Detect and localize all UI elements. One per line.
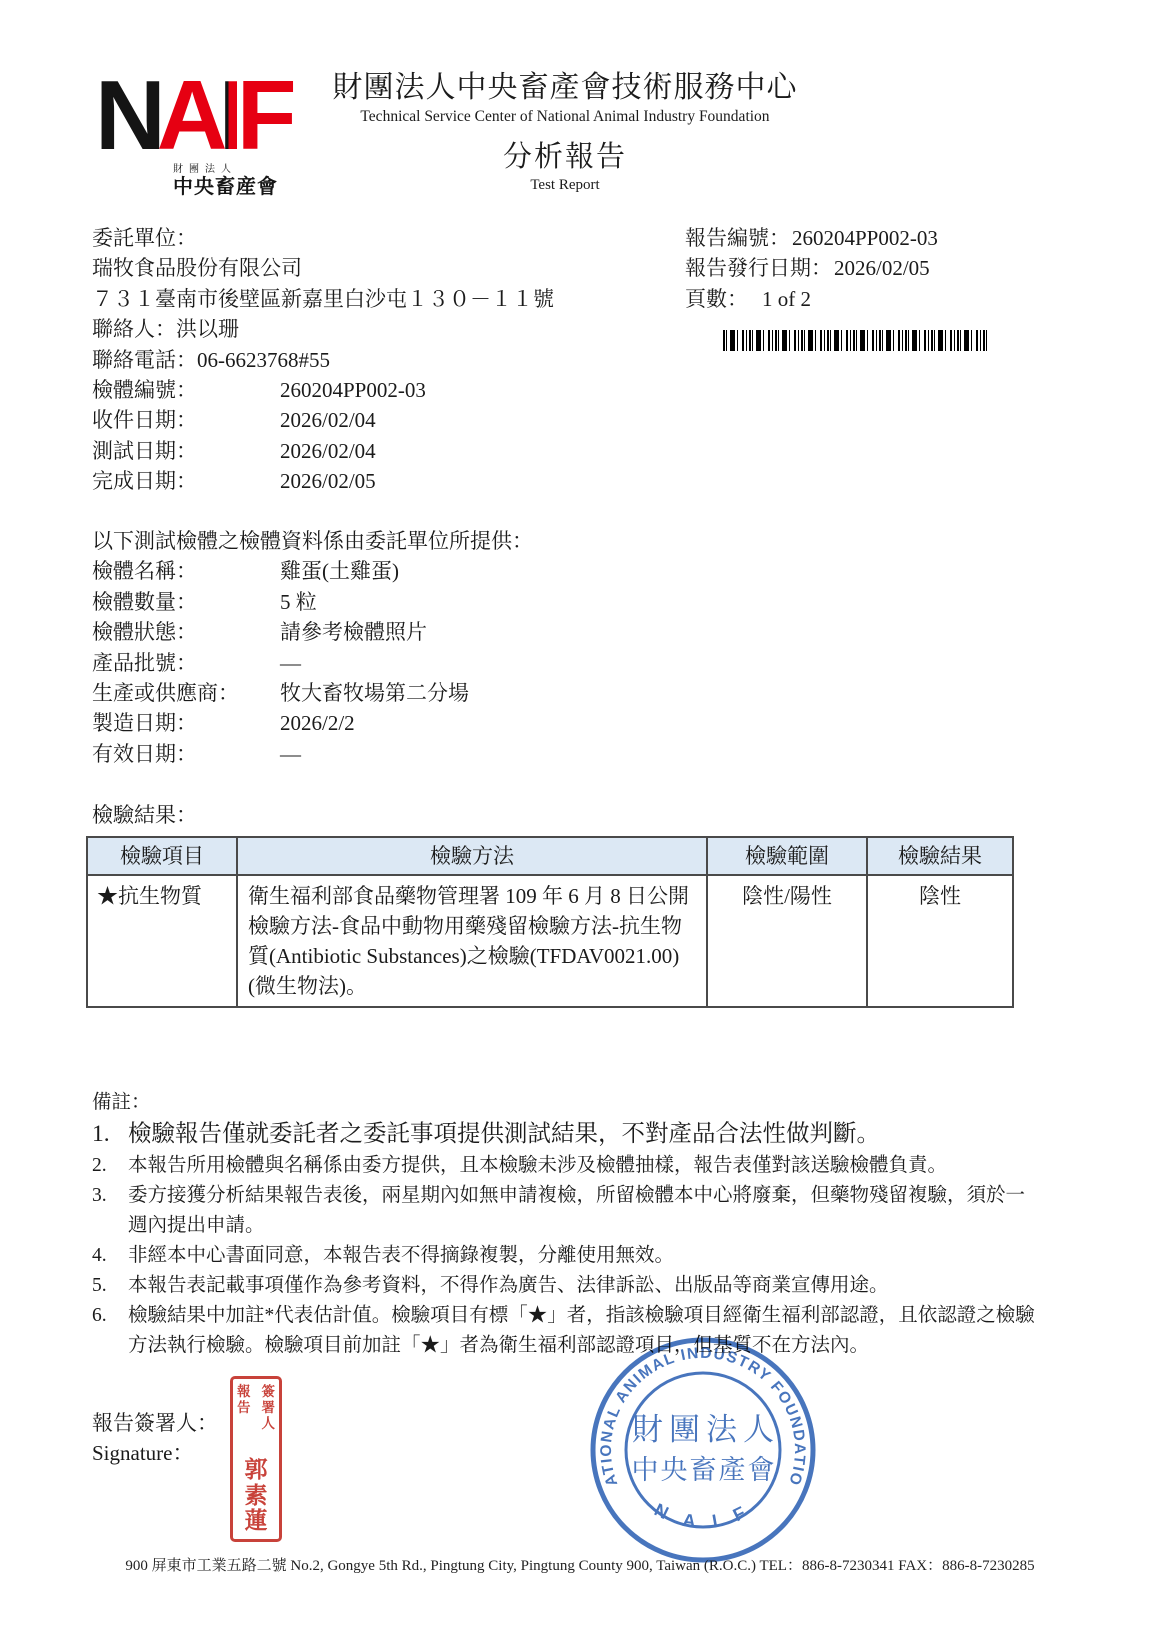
signer-label-en: Signature： bbox=[92, 1438, 218, 1468]
foundation-round-stamp: NATIONAL ANIMAL INDUSTRY FOUNDATION N A … bbox=[586, 1333, 820, 1567]
note-text: 委方接獲分析結果報告表後，兩星期內如無申請複檢，所留檢體本中心將廢棄，但藥物殘留… bbox=[128, 1181, 1044, 1241]
note-text: 檢驗報告僅就委託者之委託事項提供測試結果，不對產品合法性做判斷。 bbox=[128, 1118, 1044, 1151]
note-item-2: 2.本報告所用檢體與名稱係由委方提供，且本檢驗未涉及檢體抽樣，報告表僅對該送驗檢… bbox=[92, 1151, 1044, 1181]
stamp-ring-bottom-textpath: N A I F bbox=[651, 1499, 755, 1532]
batch-no-value: — bbox=[280, 648, 301, 678]
sample-name-row: 檢體名稱：雞蛋(土雞蛋) bbox=[92, 556, 792, 586]
signer-label-zh: 報告簽署人： bbox=[92, 1408, 218, 1438]
mfg-date-label: 製造日期： bbox=[92, 711, 197, 735]
note-number: 6. bbox=[92, 1301, 128, 1361]
report-header: 財團法人中央畜產會技術服務中心 Technical Service Center… bbox=[0, 62, 1130, 194]
sample-state-label: 檢體狀態： bbox=[92, 620, 197, 644]
note-text: 非經本中心書面同意，本報告表不得摘錄複製，分離使用無效。 bbox=[128, 1241, 1044, 1271]
page-count-label: 頁數： bbox=[685, 287, 748, 311]
expiry-date-value: — bbox=[280, 739, 301, 769]
received-date-label: 收件日期： bbox=[92, 408, 197, 432]
completed-date-value: 2026/02/05 bbox=[280, 466, 376, 496]
note-number: 3. bbox=[92, 1181, 128, 1241]
expiry-date-row: 有效日期：— bbox=[92, 739, 792, 769]
sample-qty-row: 檢體數量：5 粒 bbox=[92, 587, 792, 617]
client-company: 瑞牧食品股份有限公司 bbox=[92, 253, 692, 283]
results-label: 檢驗結果： bbox=[92, 800, 197, 830]
results-table: 檢驗項目 檢驗方法 檢驗範圍 檢驗結果 ★抗生物質 衛生福利部食品藥物管理署 1… bbox=[86, 836, 1014, 1008]
stamp-center-line2: 中央畜產會 bbox=[632, 1455, 777, 1485]
note-item-3: 3.委方接獲分析結果報告表後，兩星期內如無申請複檢，所留檢體本中心將廢棄，但藥物… bbox=[92, 1181, 1044, 1241]
note-text: 本報告表記載事項僅作為參考資料，不得作為廣告、法律訴訟、出版品等商業宣傳用途。 bbox=[128, 1271, 1044, 1301]
completed-date-label: 完成日期： bbox=[92, 469, 197, 493]
test-date-value: 2026/02/04 bbox=[280, 436, 376, 466]
completed-date-row: 完成日期：2026/02/05 bbox=[92, 466, 692, 496]
note-number: 2. bbox=[92, 1151, 128, 1181]
sample-intro: 以下測試檢體之檢體資料係由委託單位所提供： bbox=[92, 526, 792, 556]
sample-id-row: 檢體編號：260204PP002-03 bbox=[92, 375, 692, 405]
report-meta: 報告編號：260204PP002-03 報告發行日期：2026/02/05 頁數… bbox=[685, 223, 1045, 314]
sample-id-value: 260204PP002-03 bbox=[280, 375, 426, 405]
signer-seal-title: 報告 簽署人 bbox=[234, 1384, 278, 1432]
client-address: ７３１臺南市後壁區新嘉里白沙屯１３０－１１號 bbox=[92, 284, 692, 314]
issue-date-label: 報告發行日期： bbox=[685, 256, 832, 280]
producer-label: 生產或供應商： bbox=[92, 681, 239, 705]
signature-block: 報告簽署人： Signature： bbox=[92, 1408, 218, 1469]
org-title-en: Technical Service Center of National Ani… bbox=[0, 108, 1130, 126]
test-report-page: NAIF 財團法人 中央畜産會 財團法人中央畜產會技術服務中心 Technica… bbox=[0, 0, 1160, 1640]
org-title-zh: 財團法人中央畜產會技術服務中心 bbox=[0, 62, 1130, 106]
note-item-1: 1.檢驗報告僅就委託者之委託事項提供測試結果，不對產品合法性做判斷。 bbox=[92, 1118, 1044, 1151]
note-number: 1. bbox=[92, 1118, 128, 1151]
seal-title-right: 簽署人 bbox=[262, 1384, 276, 1432]
barcode-image bbox=[723, 330, 989, 351]
issue-date-value: 2026/02/05 bbox=[834, 256, 930, 280]
test-date-row: 測試日期：2026/02/04 bbox=[92, 436, 692, 466]
client-phone: 聯絡電話：06-6623768#55 bbox=[92, 345, 692, 375]
received-date-row: 收件日期：2026/02/04 bbox=[92, 405, 692, 435]
stamp-ring-bottom-text: N A I F bbox=[651, 1499, 755, 1532]
client-unit-label: 委託單位： bbox=[92, 223, 692, 253]
batch-no-label: 產品批號： bbox=[92, 651, 197, 675]
sample-qty-value: 5 粒 bbox=[280, 587, 317, 617]
sample-qty-label: 檢體數量： bbox=[92, 590, 197, 614]
result-range-cell: 陰性/陽性 bbox=[707, 875, 867, 1007]
note-number: 5. bbox=[92, 1271, 128, 1301]
sample-name-value: 雞蛋(土雞蛋) bbox=[280, 556, 399, 586]
results-header-row: 檢驗項目 檢驗方法 檢驗範圍 檢驗結果 bbox=[87, 837, 1013, 875]
notes-section: 備註： 1.檢驗報告僅就委託者之委託事項提供測試結果，不對產品合法性做判斷。 2… bbox=[92, 1088, 1044, 1361]
page-count-line: 頁數：1 of 2 bbox=[685, 284, 1045, 314]
results-data-row: ★抗生物質 衛生福利部食品藥物管理署 109 年 6 月 8 日公開檢驗方法-食… bbox=[87, 875, 1013, 1007]
signer-seal-stamp: 報告 簽署人 郭素蓮 bbox=[230, 1376, 282, 1542]
page-count-value: 1 of 2 bbox=[762, 287, 811, 311]
stamp-inner-circle bbox=[626, 1373, 780, 1527]
note-item-5: 5.本報告表記載事項僅作為參考資料，不得作為廣告、法律訴訟、出版品等商業宣傳用途… bbox=[92, 1271, 1044, 1301]
doc-title-zh: 分析報告 bbox=[0, 134, 1130, 175]
mfg-date-value: 2026/2/2 bbox=[280, 708, 355, 738]
report-number-line: 報告編號：260204PP002-03 bbox=[685, 223, 1045, 253]
doc-title-en: Test Report bbox=[0, 177, 1130, 194]
client-info: 委託單位： 瑞牧食品股份有限公司 ７３１臺南市後壁區新嘉里白沙屯１３０－１１號 … bbox=[92, 223, 692, 497]
note-number: 4. bbox=[92, 1241, 128, 1271]
producer-row: 生產或供應商：牧大畜牧場第二分場 bbox=[92, 678, 792, 708]
results-header-result: 檢驗結果 bbox=[867, 837, 1013, 875]
note-text: 本報告所用檢體與名稱係由委方提供，且本檢驗未涉及檢體抽樣，報告表僅對該送驗檢體負… bbox=[128, 1151, 1044, 1181]
client-contact: 聯絡人：洪以珊 bbox=[92, 314, 692, 344]
results-header-range: 檢驗範圍 bbox=[707, 837, 867, 875]
report-number-label: 報告編號： bbox=[685, 226, 790, 250]
sample-id-label: 檢體編號： bbox=[92, 378, 197, 402]
result-item-cell: ★抗生物質 bbox=[87, 875, 237, 1007]
sample-info: 以下測試檢體之檢體資料係由委託單位所提供： 檢體名稱：雞蛋(土雞蛋) 檢體數量：… bbox=[92, 526, 792, 769]
foundation-stamp-svg: NATIONAL ANIMAL INDUSTRY FOUNDATION N A … bbox=[586, 1333, 820, 1567]
results-header-item: 檢驗項目 bbox=[87, 837, 237, 875]
note-item-6: 6.檢驗結果中加註*代表估計值。檢驗項目有標「★」者，指該檢驗項目經衛生福利部認… bbox=[92, 1301, 1044, 1361]
results-header-method: 檢驗方法 bbox=[237, 837, 707, 875]
producer-value: 牧大畜牧場第二分場 bbox=[280, 678, 469, 708]
signer-seal-name: 郭素蓮 bbox=[245, 1457, 268, 1534]
sample-state-value: 請參考檢體照片 bbox=[280, 617, 427, 647]
batch-no-row: 產品批號：— bbox=[92, 648, 792, 678]
note-item-4: 4.非經本中心書面同意，本報告表不得摘錄複製，分離使用無效。 bbox=[92, 1241, 1044, 1271]
notes-label: 備註： bbox=[92, 1088, 1044, 1118]
sample-name-label: 檢體名稱： bbox=[92, 559, 197, 583]
report-number-value: 260204PP002-03 bbox=[792, 226, 938, 250]
result-value-cell: 陰性 bbox=[867, 875, 1013, 1007]
stamp-center-line1: 財團法人 bbox=[632, 1412, 780, 1447]
result-method-cell: 衛生福利部食品藥物管理署 109 年 6 月 8 日公開檢驗方法-食品中動物用藥… bbox=[237, 875, 707, 1007]
footer-address: 900 屏東市工業五路二號 No.2, Gongye 5th Rd., Ping… bbox=[0, 1554, 1160, 1575]
sample-state-row: 檢體狀態：請參考檢體照片 bbox=[92, 617, 792, 647]
seal-title-left: 報告 bbox=[237, 1384, 251, 1432]
test-date-label: 測試日期： bbox=[92, 439, 197, 463]
expiry-date-label: 有效日期： bbox=[92, 742, 197, 766]
received-date-value: 2026/02/04 bbox=[280, 405, 376, 435]
issue-date-line: 報告發行日期：2026/02/05 bbox=[685, 253, 1045, 283]
mfg-date-row: 製造日期：2026/2/2 bbox=[92, 708, 792, 738]
